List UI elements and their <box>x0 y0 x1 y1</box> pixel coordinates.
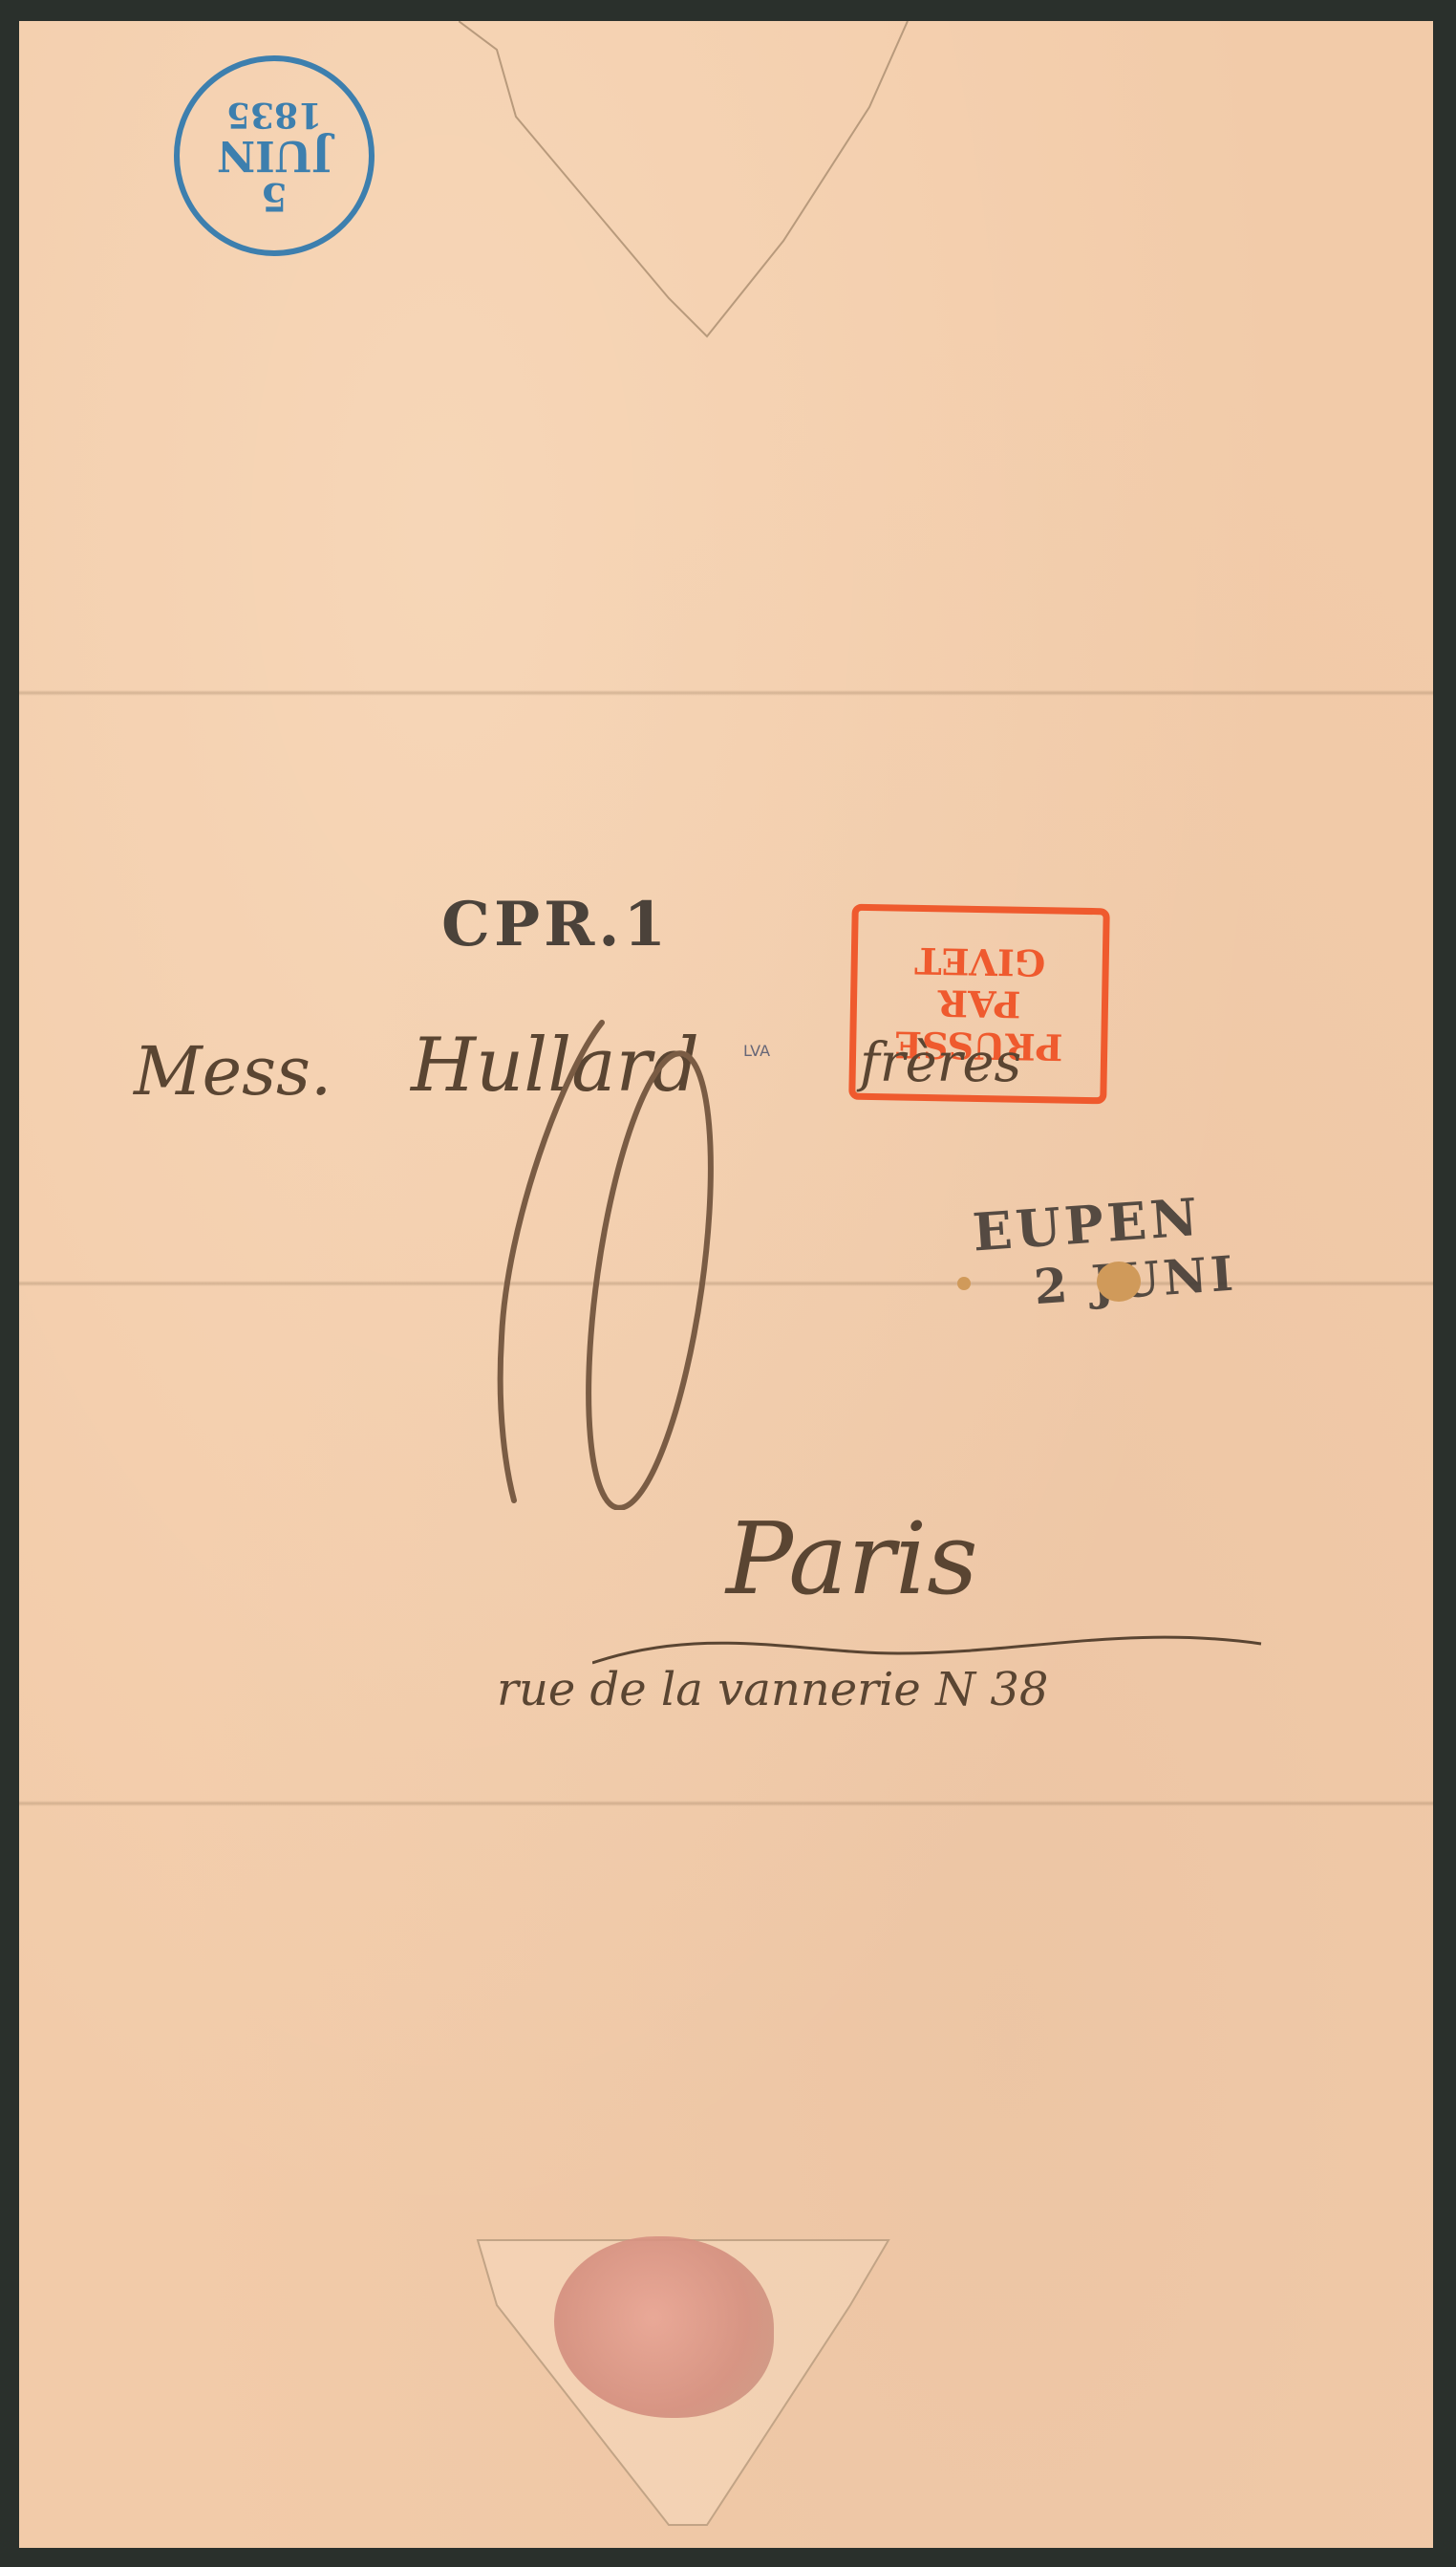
fold-line-upper <box>19 690 1433 696</box>
cpr-accountancy-stamp: CPR.1 <box>441 889 670 960</box>
address-street: rue de la vannerie N 38 <box>497 1663 1048 1716</box>
address-city: Paris <box>726 1500 978 1617</box>
ink-stain-small <box>957 1277 971 1290</box>
ink-stain <box>1097 1262 1141 1302</box>
top-flap-outline <box>459 21 955 365</box>
address-salutation: Mess. <box>134 1032 332 1111</box>
arrival-postmark-blue: 5 JUIN 1835 <box>174 55 375 256</box>
rate-marking-10 <box>478 1013 726 1510</box>
eupen-origin-postmark: EUPEN 2 JUNI <box>971 1184 1238 1320</box>
fold-line-lower <box>19 1801 1433 1806</box>
address-suffix: frères <box>860 1032 1021 1094</box>
pencil-note: LVA <box>743 1042 770 1060</box>
